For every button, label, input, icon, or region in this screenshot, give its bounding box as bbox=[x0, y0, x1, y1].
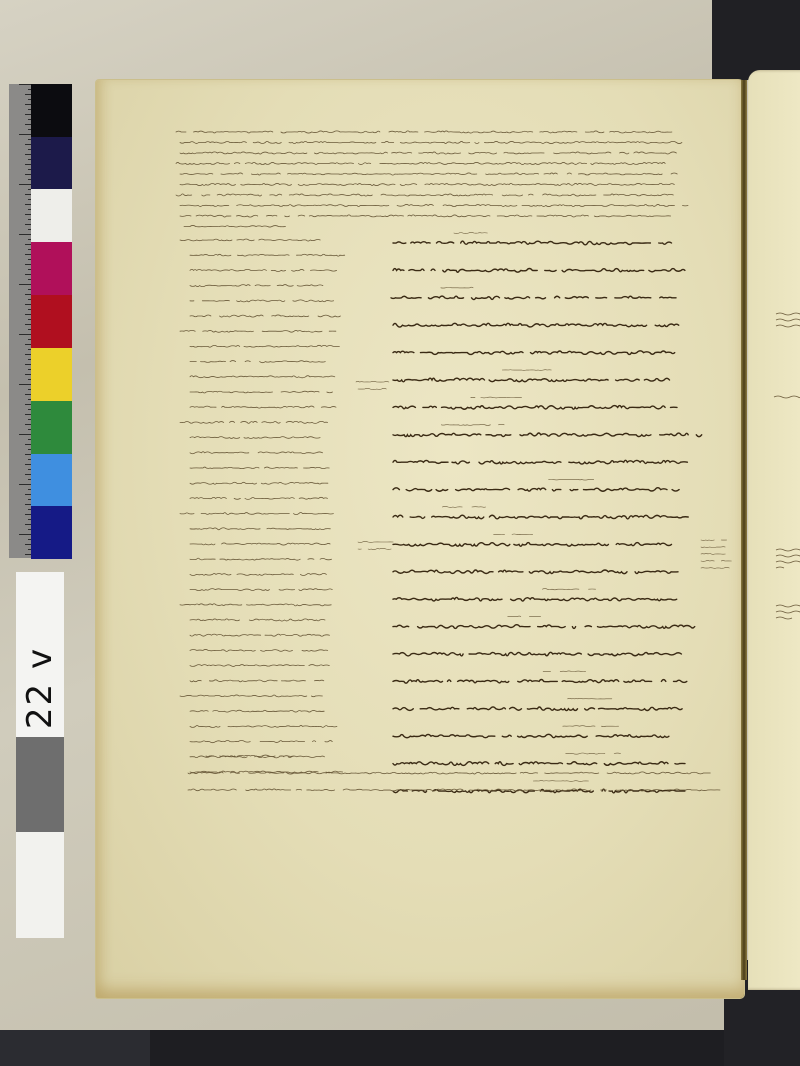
color-calibration-patches bbox=[31, 84, 72, 559]
folio-label-text: 22 v bbox=[20, 647, 60, 729]
adjacent-folio bbox=[748, 70, 800, 990]
manuscript-text bbox=[96, 80, 744, 998]
color-patch-white bbox=[31, 189, 72, 242]
gray-reference-card bbox=[16, 737, 64, 832]
white-reference-card bbox=[16, 832, 64, 938]
dark-background-top-right bbox=[712, 0, 800, 80]
color-patch-cyan-blue bbox=[31, 454, 72, 506]
dark-background-bottom bbox=[0, 1030, 800, 1066]
folio-label: 22 v bbox=[16, 640, 64, 736]
color-patch-blue bbox=[31, 506, 72, 559]
color-patch-magenta bbox=[31, 242, 72, 295]
color-patch-yellow bbox=[31, 348, 72, 401]
color-patch-red bbox=[31, 295, 72, 348]
adjacent-folio-marginalia bbox=[748, 70, 800, 990]
color-patch-black bbox=[31, 84, 72, 137]
color-patch-navy bbox=[31, 137, 72, 189]
color-patch-green bbox=[31, 401, 72, 454]
measurement-ruler bbox=[9, 84, 33, 558]
